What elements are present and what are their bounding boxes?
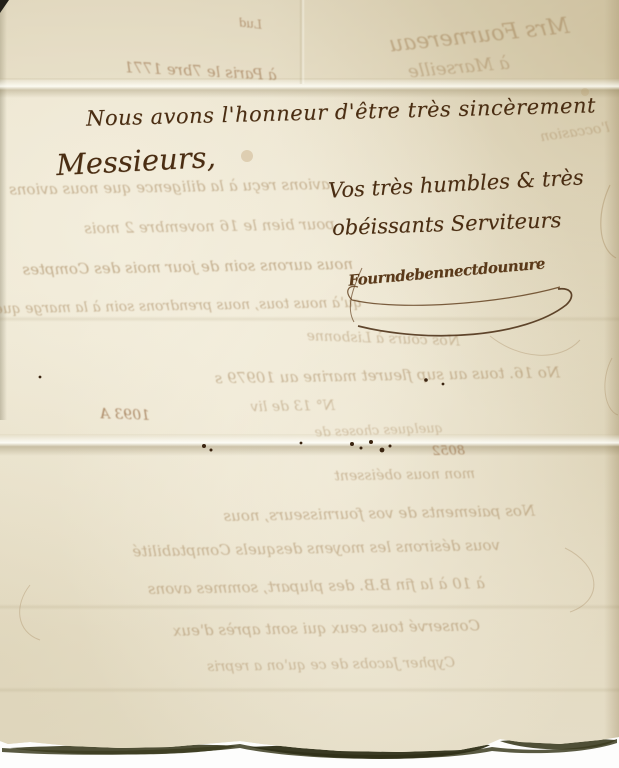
- letter-scan: Mrs Fournereau à Marseille Lud à Paris l…: [0, 0, 619, 768]
- letter-paper: [0, 0, 619, 753]
- paper-top-band: [0, 0, 619, 80]
- crease-vertical-top: [299, 0, 305, 84]
